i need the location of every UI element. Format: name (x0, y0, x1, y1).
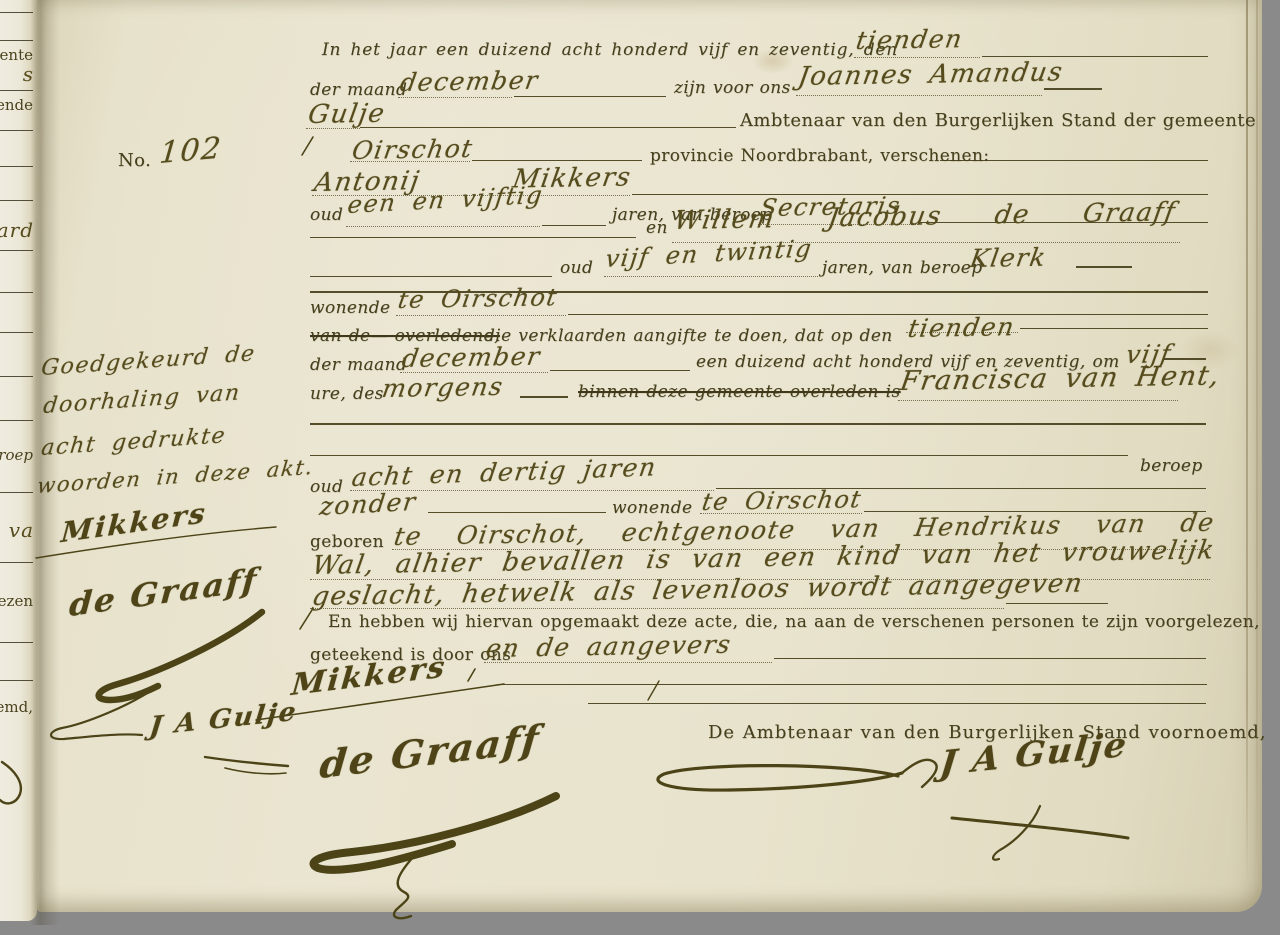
closing-line: En hebben wij hiervan opgemaakt deze act… (328, 612, 1214, 632)
dotted-fill-line (796, 95, 1042, 96)
fill-line (632, 194, 1208, 195)
page-edge-line (1246, 0, 1248, 885)
fill-line (1006, 603, 1108, 604)
text-fragment: voornoemd, (0, 698, 33, 716)
dotted-fill-line (398, 97, 512, 98)
dotted-fill-line (350, 161, 470, 162)
fill-line (774, 658, 1206, 659)
ruled-line-fragment (0, 90, 33, 91)
text-fragment: beroep (0, 446, 33, 464)
age-label: oud (310, 205, 343, 225)
residence-label: wonende (612, 498, 693, 518)
ruled-line-fragment (0, 680, 33, 681)
dotted-fill-line (906, 332, 1018, 333)
province-line: provincie Noordbrabant, verschenen: (650, 146, 990, 166)
handwriting-fragment: aard (0, 218, 34, 242)
death-month-handwritten: december (400, 342, 543, 373)
deceased-name: Francisca van Hent, (898, 360, 1223, 397)
residence-handwritten: te Oirschot (396, 283, 560, 314)
fill-line (520, 396, 568, 398)
dotted-fill-line (898, 400, 1178, 401)
dotted-fill-line (854, 57, 980, 58)
month-handwritten: december (398, 66, 541, 97)
dotted-fill-line (310, 608, 1004, 609)
ruled-line-fragment (0, 642, 33, 643)
fill-line (310, 237, 636, 238)
fill-line (1044, 88, 1102, 90)
dotted-fill-line (604, 276, 818, 277)
age-label: oud (560, 258, 593, 278)
occupation-label: jaren, van beroep (822, 258, 983, 278)
ruled-line (310, 423, 1206, 425)
declaration-line: die verklaarden aangifte te doen, dat op… (484, 326, 893, 346)
fill-line (940, 160, 1208, 161)
binding-shadow (30, 0, 60, 925)
fill-line (514, 96, 666, 97)
fill-line (428, 512, 606, 513)
act-number: 102 (158, 131, 224, 171)
fill-line (568, 314, 1208, 315)
dotted-fill-line (484, 662, 772, 663)
occupation-label: beroep (1140, 456, 1203, 476)
ruled-line-fragment (0, 166, 33, 167)
death-day-handwritten: tienden (906, 312, 1017, 343)
struck-printed-words: binnen deze gemeente overleden is (578, 382, 901, 402)
fill-line (472, 160, 642, 161)
scanned-death-register-page: gemeente s wonende aard beroep n va voor… (0, 0, 1280, 935)
ruled-line-fragment (0, 376, 33, 377)
fill-line (542, 225, 606, 226)
hour-label: ure, des (310, 384, 384, 404)
fill-line (360, 127, 736, 128)
daypart-handwritten: morgens (380, 372, 506, 403)
fill-line (1164, 358, 1206, 360)
month-label: der maand (310, 355, 407, 375)
and-label: en (646, 218, 668, 238)
residence-label: wonende (310, 298, 391, 318)
registrar-firstnames: Joannes Amandus (796, 57, 1066, 92)
day-handwritten: tienden (854, 24, 965, 55)
dotted-fill-line (396, 315, 566, 316)
signed-handwritten: en de aangevers (484, 630, 734, 663)
text-fragment: wonende (0, 96, 33, 114)
dotted-fill-line (306, 128, 360, 129)
ruled-line-fragment (0, 200, 33, 201)
ruled-line (588, 703, 1206, 704)
ruled-line (497, 684, 1207, 685)
deceased-residence: te Oirschot (700, 485, 864, 516)
ruled-line-fragment (0, 332, 33, 333)
ruled-line-fragment (0, 12, 33, 13)
ruled-line-fragment (0, 130, 33, 131)
ruled-line-fragment (0, 292, 33, 293)
fill-line (1020, 328, 1208, 329)
month-label: der maand (310, 80, 407, 100)
fill-line (550, 370, 690, 371)
handwriting-fragment: n va (0, 518, 34, 542)
declarant2-occupation: Klerk (968, 243, 1049, 273)
ruled-line (310, 455, 1128, 456)
deceased-occupation: zonder (318, 487, 418, 521)
fill-line (982, 56, 1208, 57)
opening-year-line: In het jaar een duizend acht honderd vij… (322, 40, 898, 60)
act-number-label: No. (118, 150, 151, 171)
fill-line (310, 276, 552, 277)
text-fragment: voorgelezen (0, 592, 33, 610)
registrar-title: Ambtenaar van den Burgerlijken Stand der… (740, 110, 1212, 131)
ruled-line-fragment (0, 420, 33, 421)
registrar-surname: Gulje (306, 99, 388, 130)
ruled-line-fragment (0, 250, 33, 251)
fill-line (1076, 266, 1132, 268)
ruled-line-fragment (0, 492, 33, 493)
ruled-line-fragment (0, 40, 33, 41)
dotted-fill-line (346, 226, 540, 227)
before-us-label: zijn voor ons (674, 78, 791, 98)
ruled-line-fragment (0, 562, 33, 563)
